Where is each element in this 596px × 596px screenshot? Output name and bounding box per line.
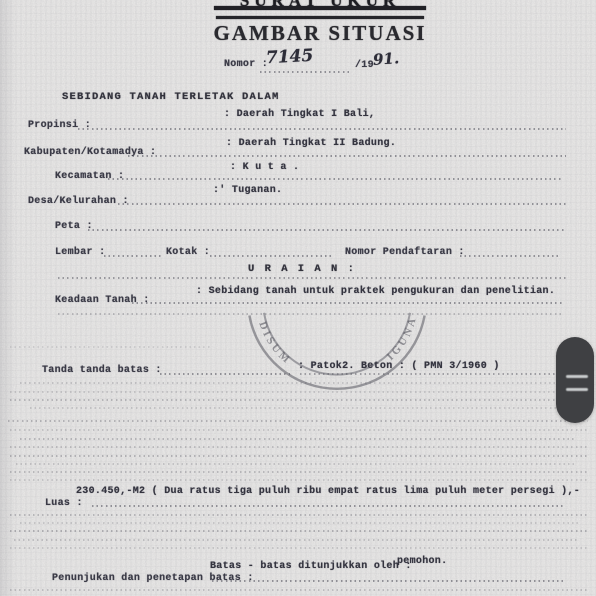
dotted-leader (108, 178, 563, 180)
edge-panel-handle[interactable] (556, 337, 594, 423)
dotted-leader (58, 277, 566, 279)
dotted-leader (132, 302, 564, 304)
field-nomor-pendaftaran-label: Nomor Pendaftaran : (345, 248, 465, 258)
dotted-leader (300, 373, 564, 375)
field-desa-label: Desa/Kelurahan : (28, 197, 129, 207)
nomor-number-handwritten: 7145 (266, 46, 314, 68)
field-lembar-label: Lembar : (55, 248, 105, 258)
handle-line-icon (566, 388, 588, 391)
scan-noise-line (20, 522, 580, 524)
scan-noise-line (10, 479, 588, 481)
field-desa-value: :' Tuganan. (213, 186, 282, 196)
title-underline (216, 16, 424, 19)
uraian-heading: U R A I A N : (248, 263, 356, 275)
field-keadaan-label: Keadaan Tanah : (55, 296, 150, 306)
scan-noise-line (10, 471, 588, 473)
scan-noise-line (10, 589, 588, 591)
field-tanda-batas-value: : Patok2. Beton : ( PMN 3/1960 ) (298, 362, 500, 372)
field-penunjukan-value-tail: pemohon. (397, 557, 447, 567)
left-edge-shadow (0, 0, 16, 596)
scan-noise-line (10, 530, 588, 532)
field-penunjukan-value: Batas - batas ditunjukkan oleh : (210, 562, 412, 572)
dotted-leader (128, 155, 566, 157)
scan-noise-line (10, 346, 210, 348)
official-stamp: DISUM IGUNA (225, 295, 445, 405)
scan-noise-line (20, 438, 576, 440)
scan-noise-line (14, 539, 580, 541)
nomor-year-handwritten: 91. (372, 49, 399, 69)
dotted-leader (460, 255, 560, 257)
section-heading: SEBIDANG TANAH TERLETAK DALAM (62, 91, 280, 103)
dotted-leader (260, 71, 352, 73)
field-penunjukan-label: Penunjukan dan penetapan batas : (52, 574, 254, 584)
dotted-leader (88, 229, 566, 231)
field-kecamatan-value: : K u t a . (230, 163, 299, 173)
stamp-text-left: DISUM (256, 320, 294, 367)
handle-line-icon (566, 375, 588, 378)
scanned-document-page: SURAT UKUR GAMBAR SITUASI Nomor : 7145 /… (0, 0, 596, 596)
dotted-leader (160, 373, 290, 375)
field-kabupaten-value: : Daerah Tingkat II Badung. (226, 139, 396, 149)
field-luas-label: Luas : (45, 499, 83, 509)
scan-noise-line (10, 514, 588, 516)
scan-noise-line (30, 407, 570, 409)
strikethrough-line (214, 6, 426, 10)
field-luas-value: 230.450,-M2 ( Dua ratus tiga puluh ribu … (76, 487, 580, 497)
nomor-label: Nomor : (224, 60, 268, 70)
field-tanda-batas-label: Tanda tanda batas : (42, 366, 162, 376)
scan-noise-line (58, 313, 564, 315)
scan-noise-line (10, 391, 588, 393)
scan-noise-line (10, 547, 588, 549)
dotted-leader (212, 580, 564, 582)
field-propinsi-value: : Daerah Tingkat I Bali, (224, 110, 375, 120)
dotted-leader (78, 128, 566, 130)
scan-noise-line (10, 455, 588, 457)
document-title: GAMBAR SITUASI (208, 21, 432, 46)
dotted-leader (118, 203, 568, 205)
scan-noise-line (20, 382, 580, 384)
scan-noise-line (10, 399, 588, 401)
stamp-text-right: IGUNA (385, 314, 420, 363)
dotted-leader (104, 255, 162, 257)
dotted-leader (92, 505, 564, 507)
field-keadaan-value: : Sebidang tanah untuk praktek pengukura… (196, 287, 555, 297)
scan-noise-line (16, 463, 576, 465)
field-kotak-label: Kotak : (166, 248, 210, 258)
field-kecamatan-label: Kecamatan : (55, 172, 124, 182)
scan-noise-line (10, 446, 588, 448)
dotted-leader (210, 255, 332, 257)
nomor-of-year: /19 (355, 61, 374, 71)
scan-noise-line (8, 420, 588, 422)
scan-noise-line (10, 429, 588, 431)
